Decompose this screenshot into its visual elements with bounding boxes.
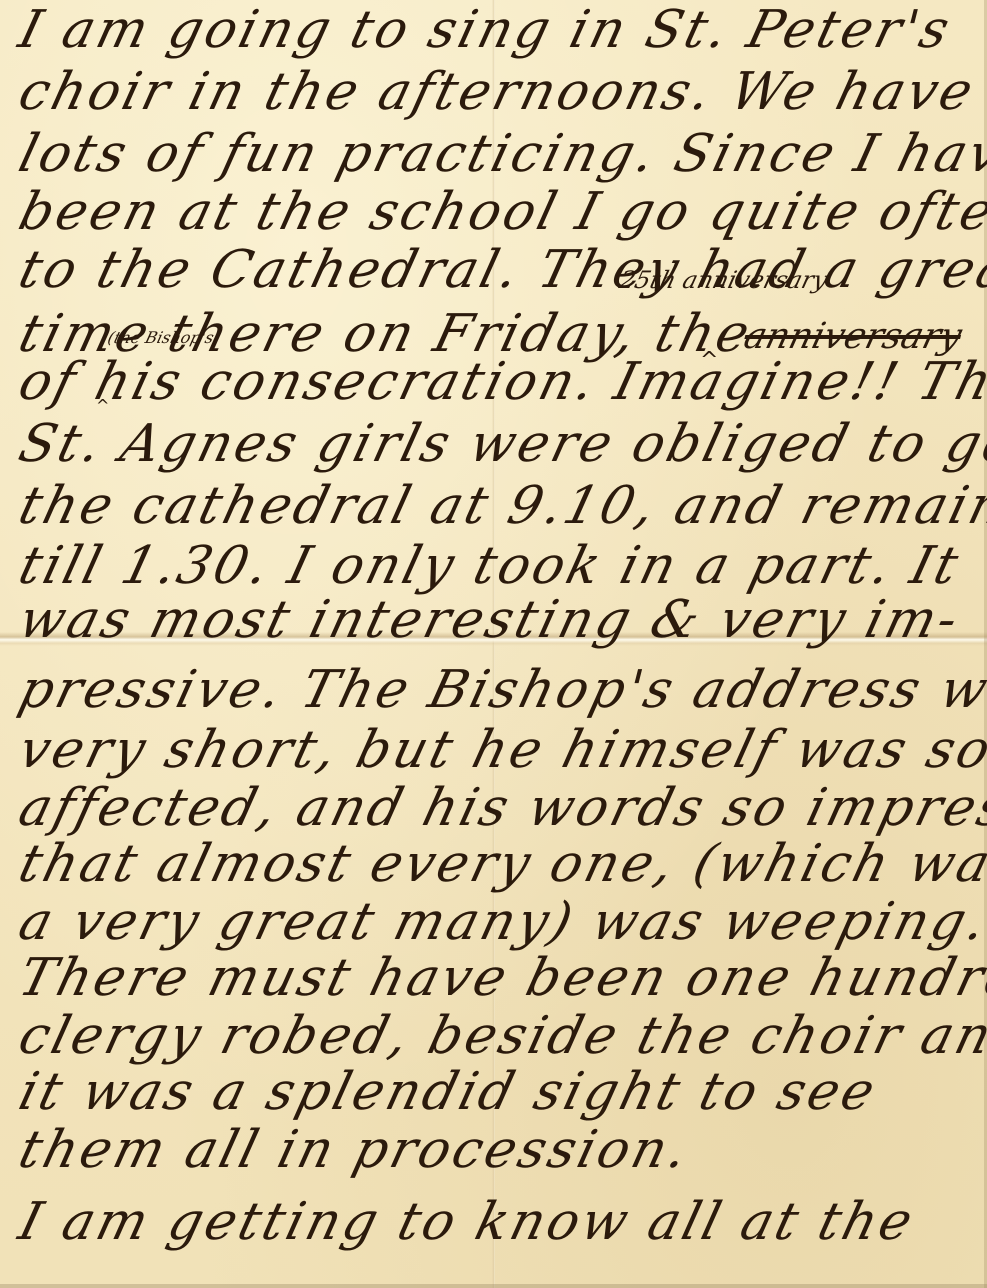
letter-line-15: that almost every one, (which was (14, 838, 987, 890)
letter-line-17: There must have been one hundred (14, 952, 987, 1004)
letter-line-7: of his consecration. Imagine!! The (14, 356, 987, 408)
letter-line-4: been at the school I go quite often (14, 186, 987, 238)
letter-line-21: I am getting to know all at the (14, 1196, 920, 1248)
letter-line-11: was most interesting & very im- (14, 594, 966, 646)
letter-line-19: it was a splendid sight to see (14, 1066, 882, 1118)
letter-page: I am going to sing in St. Peter's choir … (0, 0, 987, 1288)
insertion-25th-anniversary: 25th anniversary (617, 268, 830, 292)
paper-bottom-edge (0, 1284, 987, 1288)
letter-line-1: I am going to sing in St. Peter's (14, 4, 957, 56)
letter-line-10: till 1.30. I only took in a part. It (14, 540, 966, 592)
letter-line-13: very short, but he himself was so (14, 724, 987, 776)
letter-line-3: lots of fun practicing. Since I have (14, 128, 987, 180)
letter-line-12: pressive. The Bishop's address was (14, 664, 987, 716)
struck-out-word: anniversary (740, 316, 966, 357)
letter-line-20: them all in procession. (14, 1124, 695, 1176)
letter-line-2: choir in the afternoons. We have (14, 66, 981, 118)
letter-line-9: the cathedral at 9.10, and remained (14, 480, 987, 532)
letter-line-18: clergy robed, beside the choir and (14, 1010, 987, 1062)
letter-line-14: affected, and his words so impressive (14, 782, 987, 834)
insertion-the-bishops: (the Bishop's) (106, 330, 222, 346)
letter-line-8: St. Agnes girls were obliged to go to (14, 418, 987, 470)
letter-line-16: a very great many) was weeping. (14, 896, 987, 948)
letter-line-5: to the Cathedral. They had a great (14, 244, 987, 296)
